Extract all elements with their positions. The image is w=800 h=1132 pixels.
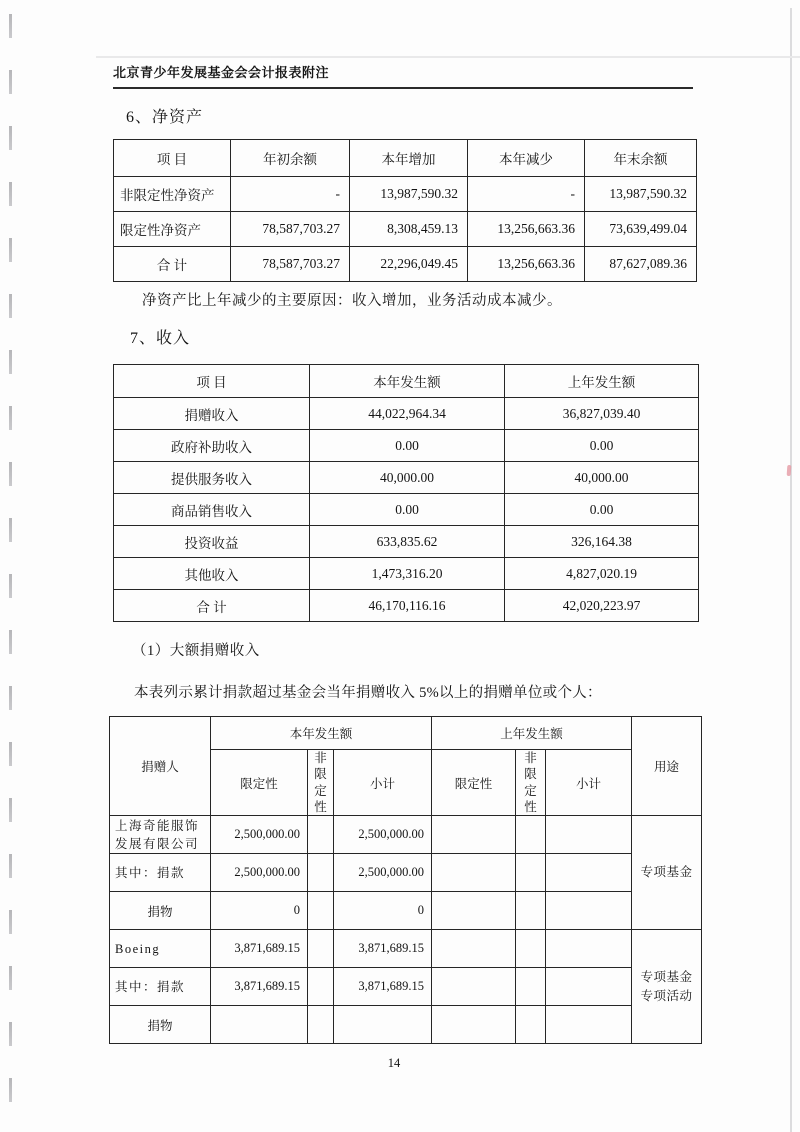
column-header: 年末余额: [585, 140, 697, 177]
table-cell: 13,256,663.36: [468, 212, 585, 247]
table-row: 限定性净资产 78,587,703.27 8,308,459.13 13,256…: [114, 212, 697, 247]
table-cell: 合 计: [114, 247, 231, 282]
table-cell: 3,871,689.15: [334, 930, 432, 968]
section-6-title: 6、净资产: [126, 104, 697, 127]
table-cell: [308, 816, 334, 854]
table-cell: 2,500,000.00: [211, 816, 308, 854]
table-cell: 78,587,703.27: [231, 212, 350, 247]
table-cell: [432, 968, 516, 1006]
column-header: 本年增加: [350, 140, 468, 177]
table-cell: 1,473,316.20: [310, 558, 505, 590]
column-header-subtotal: 小计: [546, 750, 632, 816]
table-row-donor: Boeing 3,871,689.15 3,871,689.15 专项基金专项活…: [110, 930, 702, 968]
table-cell: 合 计: [114, 590, 310, 622]
table-cell: 2,500,000.00: [334, 816, 432, 854]
table-row: 捐赠收入 44,022,964.34 36,827,039.40: [114, 398, 699, 430]
table-cell: 其他收入: [114, 558, 310, 590]
table-cell: 13,987,590.32: [585, 177, 697, 212]
table-cell: 13,256,663.36: [468, 247, 585, 282]
table-cell: [516, 1006, 546, 1044]
table-cell: 其中：捐款: [110, 968, 211, 1006]
table-cell: 40,000.00: [310, 462, 505, 494]
major-donors-table: 捐赠人 本年发生额 上年发生额 用途 限定性 非限定性 小计 限定性 非限定性 …: [109, 716, 702, 1044]
scan-artifact-red-mark: [787, 465, 792, 476]
table-cell: [308, 892, 334, 930]
table-cell: [546, 854, 632, 892]
table-row-total: 合 计 78,587,703.27 22,296,049.45 13,256,6…: [114, 247, 697, 282]
document-header-title: 北京青少年发展基金会会计报表附注: [113, 62, 693, 89]
net-assets-note: 净资产比上年减少的主要原因：收入增加，业务活动成本减少。: [113, 292, 697, 310]
scan-artifact-left-edge: [9, 14, 12, 1132]
table-cell: [432, 930, 516, 968]
scan-artifact-right-edge: [790, 8, 792, 1132]
table-cell: 3,871,689.15: [211, 968, 308, 1006]
table-cell: 13,987,590.32: [350, 177, 468, 212]
table-cell: 78,587,703.27: [231, 247, 350, 282]
table-cell: 0.00: [505, 430, 699, 462]
table-cell: 44,022,964.34: [310, 398, 505, 430]
table-row: 投资收益 633,835.62 326,164.38: [114, 526, 699, 558]
page-content: 北京青少年发展基金会会计报表附注 6、净资产 项 目 年初余额 本年增加 本年减…: [113, 0, 697, 1044]
table-row-total: 合 计 46,170,116.16 42,020,223.97: [114, 590, 699, 622]
table-row: 捐物: [110, 1006, 702, 1044]
table-cell: 提供服务收入: [114, 462, 310, 494]
column-header: 项 目: [114, 365, 310, 398]
donor-name: 上海奇能服饰发展有限公司: [110, 816, 211, 854]
page-number: 14: [0, 1056, 788, 1071]
table-cell: [546, 1006, 632, 1044]
table-cell: -: [231, 177, 350, 212]
donors-table-description: 本表列示累计捐款超过基金会当年捐赠收入 5%以上的捐赠单位或个人：: [134, 681, 697, 702]
table-cell: [516, 968, 546, 1006]
table-cell: 0: [334, 892, 432, 930]
income-table: 项 目 本年发生额 上年发生额 捐赠收入 44,022,964.34 36,82…: [113, 364, 699, 622]
table-cell: 87,627,089.36: [585, 247, 697, 282]
table-cell: -: [468, 177, 585, 212]
column-header-restricted: 限定性: [211, 750, 308, 816]
column-header: 上年发生额: [505, 365, 699, 398]
table-cell: 36,827,039.40: [505, 398, 699, 430]
table-cell: [546, 816, 632, 854]
table-cell: [432, 816, 516, 854]
column-header-prior-year: 上年发生额: [432, 717, 632, 750]
table-cell: [432, 854, 516, 892]
table-cell: [516, 816, 546, 854]
column-header-donor: 捐赠人: [110, 717, 211, 816]
section-7-title: 7、收入: [130, 325, 697, 348]
column-header-unrestricted: 非限定性: [308, 750, 334, 816]
subsection-1-title: （1）大额捐赠收入: [132, 639, 697, 660]
table-cell: 0.00: [310, 494, 505, 526]
column-header: 本年发生额: [310, 365, 505, 398]
table-cell: 73,639,499.04: [585, 212, 697, 247]
table-cell: 捐物: [110, 1006, 211, 1044]
table-row: 其他收入 1,473,316.20 4,827,020.19: [114, 558, 699, 590]
table-cell: [308, 1006, 334, 1044]
table-row: 非限定性净资产 - 13,987,590.32 - 13,987,590.32: [114, 177, 697, 212]
table-cell: [516, 854, 546, 892]
table-header-row: 项 目 本年发生额 上年发生额: [114, 365, 699, 398]
purpose-cell: 专项基金: [632, 816, 702, 930]
table-cell: 0.00: [310, 430, 505, 462]
table-cell: 2,500,000.00: [334, 854, 432, 892]
column-header-unrestricted: 非限定性: [516, 750, 546, 816]
table-cell: 22,296,049.45: [350, 247, 468, 282]
table-row: 政府补助收入 0.00 0.00: [114, 430, 699, 462]
purpose-cell: 专项基金专项活动: [632, 930, 702, 1044]
table-cell: 8,308,459.13: [350, 212, 468, 247]
table-cell: 商品销售收入: [114, 494, 310, 526]
table-row: 其中：捐款 3,871,689.15 3,871,689.15: [110, 968, 702, 1006]
table-cell: 42,020,223.97: [505, 590, 699, 622]
table-cell: 非限定性净资产: [114, 177, 231, 212]
table-row: 提供服务收入 40,000.00 40,000.00: [114, 462, 699, 494]
table-cell: [516, 930, 546, 968]
table-header-row: 项 目 年初余额 本年增加 本年减少 年末余额: [114, 140, 697, 177]
column-header-subtotal: 小计: [334, 750, 432, 816]
table-cell: [308, 930, 334, 968]
column-header: 年初余额: [231, 140, 350, 177]
table-cell: 2,500,000.00: [211, 854, 308, 892]
table-cell: 40,000.00: [505, 462, 699, 494]
table-cell: 捐赠收入: [114, 398, 310, 430]
table-cell: [308, 854, 334, 892]
table-cell: [432, 892, 516, 930]
document-page: 北京青少年发展基金会会计报表附注 6、净资产 项 目 年初余额 本年增加 本年减…: [0, 0, 800, 1132]
table-cell: 投资收益: [114, 526, 310, 558]
table-cell: [546, 930, 632, 968]
table-header-row: 捐赠人 本年发生额 上年发生额 用途: [110, 717, 702, 750]
table-cell: [516, 892, 546, 930]
table-cell: [432, 1006, 516, 1044]
column-header-current-year: 本年发生额: [211, 717, 432, 750]
table-cell: 政府补助收入: [114, 430, 310, 462]
table-cell: 46,170,116.16: [310, 590, 505, 622]
donor-name: Boeing: [110, 930, 211, 968]
column-header: 项 目: [114, 140, 231, 177]
table-cell: 633,835.62: [310, 526, 505, 558]
column-header-purpose: 用途: [632, 717, 702, 816]
table-cell: 捐物: [110, 892, 211, 930]
table-row: 其中：捐款 2,500,000.00 2,500,000.00: [110, 854, 702, 892]
table-cell: 4,827,020.19: [505, 558, 699, 590]
table-row: 商品销售收入 0.00 0.00: [114, 494, 699, 526]
net-assets-table: 项 目 年初余额 本年增加 本年减少 年末余额 非限定性净资产 - 13,987…: [113, 139, 697, 282]
table-cell: 限定性净资产: [114, 212, 231, 247]
table-row: 捐物 0 0: [110, 892, 702, 930]
table-cell: 3,871,689.15: [211, 930, 308, 968]
table-cell: [546, 968, 632, 1006]
table-cell: 0: [211, 892, 308, 930]
table-cell: 3,871,689.15: [334, 968, 432, 1006]
column-header-restricted: 限定性: [432, 750, 516, 816]
table-cell: [334, 1006, 432, 1044]
table-cell: [308, 968, 334, 1006]
column-header: 本年减少: [468, 140, 585, 177]
table-row-donor: 上海奇能服饰发展有限公司 2,500,000.00 2,500,000.00 专…: [110, 816, 702, 854]
table-cell: 其中：捐款: [110, 854, 211, 892]
table-cell: [546, 892, 632, 930]
table-cell: 326,164.38: [505, 526, 699, 558]
table-cell: [211, 1006, 308, 1044]
table-cell: 0.00: [505, 494, 699, 526]
